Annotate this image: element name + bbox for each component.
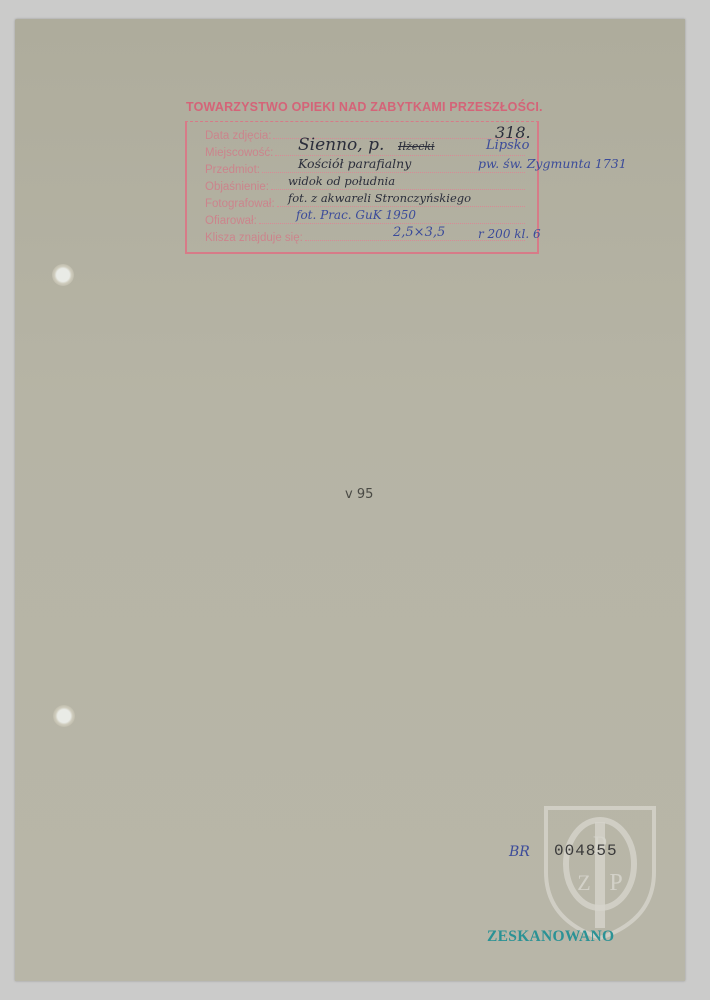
field-label: Przedmiot: — [205, 164, 260, 176]
field-label: Objaśnienie: — [205, 181, 269, 193]
value-place-extra: Lipsko — [486, 138, 530, 153]
scanned-stamp: ZESKANOWANO — [487, 928, 614, 946]
svg-text:P: P — [609, 870, 622, 896]
value-place-struck: Iłżecki — [398, 140, 435, 153]
punch-hole-bottom — [53, 705, 75, 727]
field-label: Data zdjęcia: — [205, 130, 271, 142]
field-label: Ofiarował: — [205, 215, 257, 227]
field-label: Fotografował: — [205, 198, 275, 210]
shield-emblem-icon: P Z P — [540, 802, 660, 942]
inventory-number: 004855 — [554, 842, 618, 860]
punch-hole-top — [52, 264, 74, 286]
value-subject-extra: pw. św. Zygmunta 1731 — [478, 156, 627, 171]
field-label: Klisza znajduje się: — [205, 232, 303, 244]
value-donor: fot. Prac. GuK 1950 — [296, 208, 416, 222]
field-negative: Klisza znajduje się: — [205, 228, 525, 244]
value-negative: 2,5×3,5 — [393, 225, 445, 240]
value-subject: Kościół parafialny — [298, 156, 411, 171]
value-photographer: fot. z akwareli Stronczyńskiego — [288, 191, 471, 205]
value-negative-extra: r 200 kl. 6 — [478, 227, 541, 241]
value-place: Sienno, p. — [298, 135, 384, 155]
pencil-note: v 95 — [345, 487, 373, 502]
value-description: widok od południa — [288, 174, 395, 188]
field-label: Miejscowość: — [205, 147, 273, 159]
stamp-title: TOWARZYSTWO OPIEKI NAD ZABYTKAMI PRZESZŁ… — [186, 100, 543, 114]
inventory-prefix: BR — [509, 844, 530, 860]
svg-text:Z: Z — [577, 870, 590, 895]
